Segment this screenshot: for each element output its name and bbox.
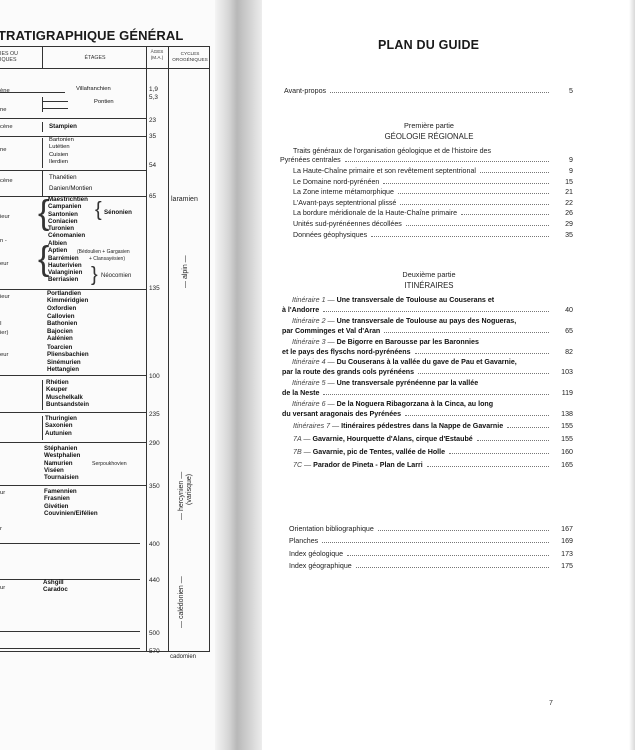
boundary <box>0 579 140 580</box>
series-label: cène <box>0 178 13 184</box>
entry-page: 40 <box>555 306 573 314</box>
stage-name: Bajocien <box>47 328 77 335</box>
right-page-table-of-contents: PLAN DU GUIDE Avant-propos5 Première par… <box>262 0 635 750</box>
itinerary-heading[interactable]: Itinéraire 2 — Une transversale de Toulo… <box>292 317 516 325</box>
entry-title: Orientation bibliographique <box>289 525 374 533</box>
entry-page: 173 <box>555 550 573 558</box>
entry-page: 165 <box>555 461 573 469</box>
stage-serpoukhovien: Serpoukhovien <box>92 461 127 467</box>
series-label: ne <box>0 147 6 153</box>
entry-prefix: 7C — <box>293 461 311 469</box>
series-label: ieur <box>0 294 10 300</box>
stages-trias: RhétienKeuperMuschelkalkBuntsandstein <box>46 379 89 408</box>
stage-name: Albien <box>48 240 82 247</box>
boundary <box>0 118 146 119</box>
stages-eocene: BartonienLutétienCuisienIlerdien <box>49 137 74 166</box>
series-label: ur <box>0 490 5 496</box>
header-cycles: CYCLES OROGÉNIQUES <box>169 51 211 63</box>
age-value: 135 <box>149 285 160 292</box>
header-ages: ÂGES (M.A.) <box>147 49 167 61</box>
stage-name: Danien/Montien <box>49 184 92 195</box>
stages-carbonifere: StéphanienWestphalienNamurienViséenTourn… <box>44 445 80 481</box>
toc-entry-itinerary[interactable]: à l'Andorre40 <box>282 306 573 314</box>
entry-prefix: Itinéraire 5 — <box>292 379 335 387</box>
itinerary-heading[interactable]: Itinéraire 6 — De la Noguera Ribagorzana… <box>292 400 493 408</box>
series-label: n - <box>0 238 7 244</box>
entry-page: 155 <box>555 435 573 443</box>
stage-name: Santonien <box>48 211 88 218</box>
boundary <box>0 631 140 632</box>
stage-name: Valanginien <box>48 269 82 276</box>
stage-name: Maestrichtien <box>48 196 88 203</box>
part2-label: Deuxième partie <box>274 270 584 279</box>
cycle-laramien: laramien <box>171 196 198 203</box>
stage-name: Ilerdien <box>49 159 74 166</box>
toc-entry-sub-itinerary[interactable]: 7C — Parador de Pineta - Plan de Larri16… <box>293 461 573 469</box>
itinerary-heading[interactable]: Itinéraire 1 — Une transversale de Toulo… <box>292 296 494 304</box>
age-value: 440 <box>149 577 160 584</box>
toc-entry-part1[interactable]: L'Avant-pays septentrional plissé22 <box>293 199 573 207</box>
stages-cretace-inf: AlbienAptienBarrémienHauterivienValangin… <box>48 240 82 284</box>
stage-bar <box>42 380 43 410</box>
entry-page: 15 <box>555 178 573 186</box>
age-value: 35 <box>149 133 156 140</box>
entry-title: à l'Andorre <box>282 306 319 314</box>
intro-line1: Traits généraux de l'organisation géolog… <box>293 147 491 155</box>
stage-name: Muschelkalk <box>46 394 89 401</box>
series-label: ieur <box>0 214 10 220</box>
stage-name: Givétien <box>44 503 98 510</box>
age-value: 570 <box>149 648 160 655</box>
stages-paleocene: ThanétienDanien/Montien <box>49 173 92 194</box>
entry-page: 82 <box>555 348 573 356</box>
stages-jurassique-inf: ToarcienPliensbachienSinémurienHettangie… <box>47 344 89 373</box>
boundary <box>0 375 146 376</box>
entry-title: Gavarnie, pic de Tentes, vallée de Holle <box>313 448 445 456</box>
entry-prefix: Itinéraire 4 — <box>292 358 335 366</box>
stages-cretace-sup: MaestrichtienCampanienSantonienConiacien… <box>48 196 88 240</box>
stage-name: Couvinien/Eifélien <box>44 510 98 517</box>
age-value: 65 <box>149 193 156 200</box>
stage-bar <box>42 138 43 168</box>
stage-name: Thuringien <box>45 415 77 422</box>
series-label: ne <box>0 107 6 113</box>
toc-entry-part1[interactable]: Unités sud-pyrénéennes décollées29 <box>293 220 573 228</box>
toc-entry-part1[interactable]: La Zone interne métamorphique21 <box>293 188 573 196</box>
boundary <box>0 412 146 413</box>
entry-prefix: Itinéraire 2 — <box>292 317 335 325</box>
stage-pontien: Pontien <box>94 99 114 106</box>
stage-name: Bartonien <box>49 137 74 144</box>
stage-name: Viséen <box>44 467 80 474</box>
column-divider <box>42 46 43 68</box>
age-value: 290 <box>149 440 160 447</box>
entry-title: Gavarnie, Hourquette d'Alans, cirque d'E… <box>312 435 472 443</box>
cycle-cadomien: cadomien <box>170 654 196 660</box>
stage-name: Thanétien <box>49 173 92 184</box>
age-value: 400 <box>149 541 160 548</box>
entry-title: Index géologique <box>289 550 343 558</box>
stage-name: Rhétien <box>46 379 89 386</box>
boundary <box>0 543 140 544</box>
entry-title: Une transversale de Toulouse au pays des… <box>337 317 517 325</box>
series-label: cène <box>0 124 13 130</box>
stage-name: Buntsandstein <box>46 401 89 408</box>
entry-prefix: Itinéraire 1 — <box>292 296 335 304</box>
page-number: 7 <box>549 700 553 707</box>
toc-entry-itinerary[interactable]: par Comminges et Val d'Aran65 <box>282 327 573 335</box>
boundary <box>0 442 146 443</box>
entry-title: De la Noguera Ribagorzana à la Cinca, au… <box>337 400 494 408</box>
entry-title: De Bigorre en Barousse par les Baronnies <box>337 338 479 346</box>
stage-bar <box>42 416 43 440</box>
toc-entry-appendix[interactable]: Orientation bibliographique167 <box>289 525 573 533</box>
entry-title: Données géophysiques <box>293 231 367 239</box>
header-series: IES OU IQUES <box>0 51 30 63</box>
stage-name: Keuper <box>46 386 89 393</box>
stage-name: Barrémien <box>48 255 82 262</box>
age-value: 1,9 <box>149 86 158 93</box>
age-value: 350 <box>149 483 160 490</box>
stage-bar <box>42 122 43 132</box>
entry-title: Avant-propos <box>284 87 326 95</box>
stage-name: Aalénien <box>47 335 77 342</box>
stage-name: Campanien <box>48 203 88 210</box>
stage-name: Namurien <box>44 460 80 467</box>
entry-page: 160 <box>555 448 573 456</box>
part2-title: ITINÉRAIRES <box>274 281 584 290</box>
stage-name: Turonien <box>48 225 88 232</box>
toc-entry-sub-itinerary[interactable]: 7B — Gavarnie, pic de Tentes, vallée de … <box>293 448 573 456</box>
column-divider <box>146 46 147 652</box>
itinerary-heading[interactable]: Itinéraire 3 — De Bigorre en Barousse pa… <box>292 338 479 346</box>
entry-title: Pyrénées centrales <box>280 156 341 164</box>
stage-name: Cénomanien <box>48 232 88 239</box>
stage-name: Westphalien <box>44 452 80 459</box>
age-value: 235 <box>149 411 160 418</box>
age-value: 23 <box>149 117 156 124</box>
age-value: 5,3 <box>149 94 158 101</box>
entry-title: de la Neste <box>282 389 319 397</box>
entry-page: 169 <box>555 537 573 545</box>
page-title: PLAN DU GUIDE <box>378 38 479 52</box>
boundary <box>0 485 146 486</box>
toc-entry-appendix[interactable]: Planches169 <box>289 537 573 545</box>
stage-name: Autunien <box>45 430 77 437</box>
entry-page: 22 <box>555 199 573 207</box>
itinerary-heading[interactable]: Itinéraire 4 — Du Couserans à la vallée … <box>292 358 517 366</box>
toc-entry-avant-propos[interactable]: Avant-propos5 <box>284 87 573 95</box>
stages-permien: ThuringienSaxonienAutunien <box>45 415 77 437</box>
age-value: 100 <box>149 373 160 380</box>
brace: { <box>95 200 102 220</box>
stages-jurassique-sup: PortlandienKimméridgienOxfordien <box>47 290 88 312</box>
toc-entry-sub-itinerary[interactable]: 7A — Gavarnie, Hourquette d'Alans, cirqu… <box>293 435 573 443</box>
header-rule <box>0 68 210 69</box>
part1-label: Première partie <box>274 121 584 130</box>
aptien-note: (Bédoulien + Gargasien <box>77 249 130 255</box>
series-label: I <box>0 321 2 327</box>
entry-prefix: Itinéraire 3 — <box>292 338 335 346</box>
entry-title: Index géographique <box>289 562 352 570</box>
toc-entry-itinerary[interactable]: par la route des grands cols pyrénéens10… <box>282 368 573 376</box>
entry-page: 26 <box>555 209 573 217</box>
part1-title: GÉOLOGIE RÉGIONALE <box>274 132 584 141</box>
stage-name: Pliensbachien <box>47 351 89 358</box>
series-label: eur <box>0 261 8 267</box>
boundary <box>0 648 140 649</box>
stages-devonien: FamennienFrasnienGivétienCouvinien/Eifél… <box>44 488 98 517</box>
entry-title: Unités sud-pyrénéennes décollées <box>293 220 402 228</box>
toc-entry-itinerary[interactable]: du versant aragonais des Pyrénées138 <box>282 410 573 418</box>
stage-name: Berriasien <box>48 276 82 283</box>
entry-page: 35 <box>555 231 573 239</box>
entry-title: La Zone interne métamorphique <box>293 188 394 196</box>
barremien-note: + Clansayésien) <box>89 256 125 262</box>
left-page-stratigraphic-table: TRATIGRAPHIQUE GÉNÉRAL IES OU IQUES ÉTAG… <box>0 0 222 750</box>
cycle-caledonien: — calédonien — <box>178 576 185 628</box>
stage-name: Hettangien <box>47 366 89 373</box>
entry-title: Une transversale pyrénéenne par la vallé… <box>337 379 479 387</box>
stage-bar <box>42 97 43 112</box>
entry-page: 175 <box>555 562 573 570</box>
stage-name: Famennien <box>44 488 98 495</box>
entry-page: 9 <box>555 167 573 175</box>
stage-name: Frasnien <box>44 495 98 502</box>
stage-name: Oxfordien <box>47 305 88 312</box>
age-value: 500 <box>149 630 160 637</box>
entry-title: La Haute-Chaîne primaire et son revêteme… <box>293 167 476 175</box>
entry-prefix: 7A — <box>293 435 310 443</box>
stage-name: Cuisien <box>49 152 74 159</box>
entry-title: Du Couserans à la vallée du gave de Pau … <box>337 358 517 366</box>
series-label: ier) <box>0 330 8 336</box>
pontien-rule <box>42 108 68 109</box>
toc-entry-part1[interactable]: La Haute-Chaîne primaire et son revêteme… <box>293 167 573 175</box>
boundary <box>0 92 65 93</box>
stage-senonien: Sénonien <box>104 209 132 216</box>
toc-entry-appendix[interactable]: Index géologique173 <box>289 550 573 558</box>
entry-page: 29 <box>555 220 573 228</box>
toc-entry-part1[interactable]: Le Domaine nord-pyrénéen15 <box>293 178 573 186</box>
column-divider <box>168 46 169 652</box>
toc-entry-appendix[interactable]: Index géographique175 <box>289 562 573 570</box>
toc-entry-itinerary[interactable]: de la Neste119 <box>282 389 573 397</box>
stages-ordovicien: AshgillCaradoc <box>43 579 68 594</box>
series-label: ur <box>0 585 5 591</box>
stage-name: Kimméridgien <box>47 297 88 304</box>
entry-title: Le Domaine nord-pyrénéen <box>293 178 379 186</box>
stage-name: Lutétien <box>49 144 74 151</box>
stage-name: Ashgill <box>43 579 68 586</box>
stage-name: Bathonien <box>47 320 77 327</box>
entry-title: par la route des grands cols pyrénéens <box>282 368 414 376</box>
boundary <box>0 170 146 171</box>
entry-title: Parador de Pineta - Plan de Larri <box>313 461 423 469</box>
stage-neocomien: Néocomien <box>101 273 131 279</box>
header-stages: ÉTAGES <box>60 55 130 61</box>
toc-entry-intro[interactable]: Pyrénées centrales9 <box>280 156 573 164</box>
entry-title: La bordure méridionale de la Haute-Chaîn… <box>293 209 457 217</box>
entry-page: 9 <box>555 156 573 164</box>
toc-entry-part1[interactable]: Données géophysiques35 <box>293 231 573 239</box>
toc-entry-part1[interactable]: La bordure méridionale de la Haute-Chaîn… <box>293 209 573 217</box>
entry-title: Itinéraires pédestres dans la Nappe de G… <box>341 422 503 430</box>
cycle-hercynien: — hercynien — <box>178 472 185 520</box>
stage-name: Stéphanien <box>44 445 80 452</box>
entry-page: 5 <box>555 87 573 95</box>
stage-stampien: Stampien <box>49 123 77 130</box>
toc-entry-itinerary[interactable]: et le pays des flyschs nord-pyrénéens82 <box>282 348 573 356</box>
stage-name: Sinémurien <box>47 359 89 366</box>
age-value: 54 <box>149 162 156 169</box>
series-label: r <box>0 526 2 532</box>
entry-title: Une transversale de Toulouse au Couseran… <box>337 296 495 304</box>
stage-name: Saxonien <box>45 422 77 429</box>
entry-title: Planches <box>289 537 318 545</box>
stage-name: Portlandien <box>47 290 88 297</box>
stage-name: Toarcien <box>47 344 89 351</box>
stage-name: Hauterivien <box>48 262 82 269</box>
entry-page: 138 <box>555 410 573 418</box>
stage-name: Coniacien <box>48 218 88 225</box>
entry-title: par Comminges et Val d'Aran <box>282 327 380 335</box>
table-title: TRATIGRAPHIQUE GÉNÉRAL <box>0 28 183 43</box>
entry-page: 65 <box>555 327 573 335</box>
series-label: eur <box>0 352 8 358</box>
entry-page: 167 <box>555 525 573 533</box>
page-edge <box>629 0 635 750</box>
entry-page: 21 <box>555 188 573 196</box>
stages-jurassique-moy: CallovienBathonienBajocienAalénien <box>47 313 77 342</box>
stage-name: Tournaisien <box>44 474 80 481</box>
stage-name: Callovien <box>47 313 77 320</box>
entry-page: 119 <box>555 389 573 397</box>
entry-page: 155 <box>555 422 573 430</box>
stage-villafranchien: Villafranchien <box>76 86 111 93</box>
entry-prefix: Itinéraires 7 — <box>293 422 339 430</box>
entry-title: et le pays des flyschs nord-pyrénéens <box>282 348 411 356</box>
toc-entry-itineraires7[interactable]: Itinéraires 7 — Itinéraires pédestres da… <box>293 422 573 430</box>
pontien-rule <box>42 101 68 102</box>
entry-title: L'Avant-pays septentrional plissé <box>293 199 396 207</box>
series-label: ène <box>0 88 10 94</box>
itinerary-heading[interactable]: Itinéraire 5 — Une transversale pyrénéen… <box>292 379 478 387</box>
entry-prefix: Itinéraire 6 — <box>292 400 335 408</box>
cycle-varisque: (varisque) <box>186 474 193 505</box>
entry-prefix: 7B — <box>293 448 311 456</box>
brace: } <box>91 265 98 285</box>
entry-page: 103 <box>555 368 573 376</box>
cycle-alpin: — alpin — <box>182 255 189 288</box>
stage-name: Caradoc <box>43 586 68 593</box>
stage-bar <box>42 170 43 196</box>
entry-title: du versant aragonais des Pyrénées <box>282 410 401 418</box>
